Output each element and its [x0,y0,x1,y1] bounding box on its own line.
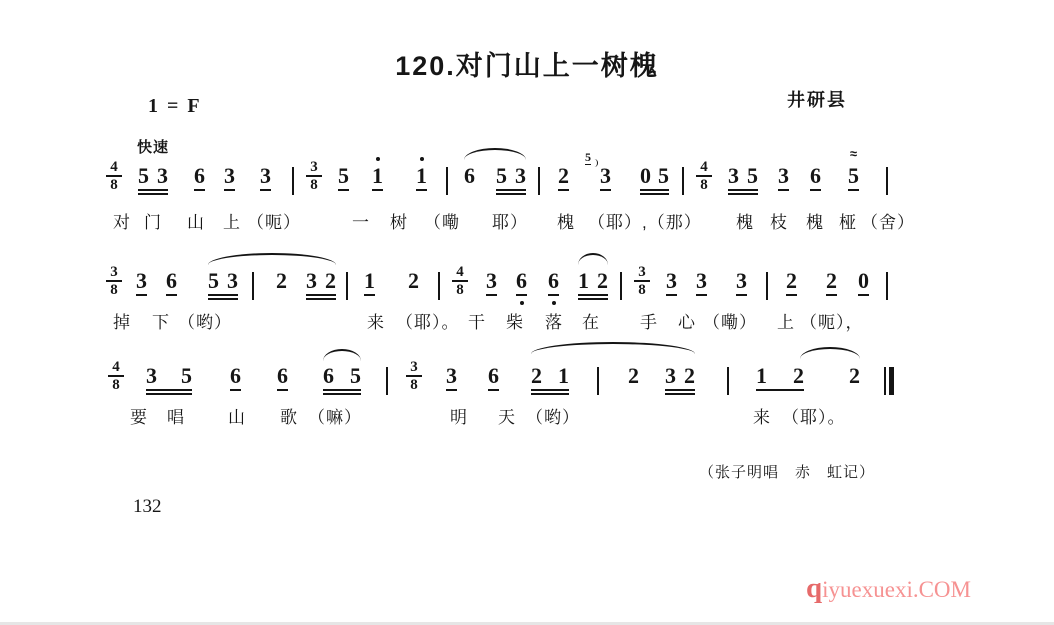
note: 6 [810,165,821,191]
lyric-syllable: 要 [130,403,148,428]
slur [531,342,695,354]
page-number: 132 [133,496,162,518]
lyric-syllable: （哟） [526,403,580,428]
final-barline [884,367,894,395]
note: 1 [372,165,383,191]
barline [346,272,348,300]
note: 3 [696,270,707,296]
time-signature: 48 [696,160,712,192]
tempo-marking: 快速 [137,136,169,157]
lyric-syllable: （嘛） [308,403,362,428]
lyric-syllable: （耶）,（那） [588,208,702,233]
note: 1 [364,270,375,296]
barline [886,167,888,195]
note: 12 [578,270,608,300]
lyric-syllable: 枝 [770,208,788,233]
note: 2 [408,270,419,292]
lyric-syllable: 耶） [492,208,528,233]
note: 53 [138,165,168,195]
lyric-syllable: （嘞 [424,208,460,233]
barline [727,367,729,395]
note: 2 [786,270,797,296]
watermark: qiyuexuexi.COM [806,577,971,603]
lyric-syllable: 门 [144,208,162,233]
grace-note: 5 [585,151,591,165]
lyric-syllable: 下 [152,308,170,333]
attribution: （张子明唱 赤 虹记） [699,461,875,482]
note: 6 [516,270,527,296]
note: 5 [338,165,349,191]
lyrics-line-1: 对门山上（呃）一树（嘞耶）槐（耶）,（那）槐枝槐桠（舍） [0,208,1054,234]
lyric-syllable: 干 [468,308,486,333]
lyric-syllable: 歌 [280,403,298,428]
music-line-1: 485363338511653235054835365≈ [0,155,1054,207]
lyric-syllable: 对 [113,208,131,233]
lyrics-line-2: 掉下（哟）来（耶）。干柴落在手心（嘞）上（呃）， [0,308,1054,334]
lyric-syllable: 来 [367,308,385,333]
time-signature: 48 [106,160,122,192]
note: 35 [728,165,758,195]
song-title: 120.对门山上一树槐 [0,44,1054,83]
note: 21 [531,365,569,395]
note: 2 [849,365,860,387]
lyric-syllable: 山 [228,403,246,428]
time-signature: 48 [108,360,124,392]
note: 6 [548,270,559,296]
lyric-syllable: 唱 [167,403,185,428]
lyric-syllable: （嘞） [703,308,757,333]
trill-icon: ≈ [850,149,857,159]
note: 3 [736,270,747,296]
lyric-syllable: 树 [390,208,408,233]
slur [464,148,526,160]
note: 2 [276,270,287,292]
key-signature: 1 = F [148,95,202,118]
note: 6 [166,270,177,296]
music-line-3: 48356665383621232122 [0,355,1054,407]
slur [800,347,860,359]
note: 32 [306,270,336,300]
lyric-syllable: 柴 [506,308,524,333]
note: 53 [496,165,526,195]
slur [578,253,608,265]
note: 3 [666,270,677,296]
lyric-syllable: 一 [352,208,370,233]
note: 6 [277,365,288,391]
barline [386,367,388,395]
lyric-syllable: 天 [498,403,516,428]
region-label: 井研县 [787,86,847,112]
lyric-syllable: 槐 [736,208,754,233]
note: 3 [778,165,789,191]
lyric-syllable: 桠 [839,208,857,233]
barline [682,167,684,195]
note: 5≈ [848,165,859,191]
note: 1 [416,165,427,191]
watermark-q: q [806,572,822,604]
lyric-syllable: 槐 [806,208,824,233]
sheet-music-page: 120.对门山上一树槐 井研县 1 = F 快速 485363338511653… [0,0,1054,625]
lyric-syllable: 山 [187,208,205,233]
lyric-syllable: 上 [777,308,795,333]
note: 53 [208,270,238,300]
lyric-syllable: 心 [678,308,696,333]
barline [886,272,888,300]
note: 32 [665,365,695,395]
barline [446,167,448,195]
note: 2 [628,365,639,387]
lyric-syllable: （呃） [247,208,301,233]
note: 3 [446,365,457,391]
barline [766,272,768,300]
time-signature: 38 [634,265,650,297]
note: 0 [858,270,869,296]
note: 3 [486,270,497,296]
barline [438,272,440,300]
note: 35 [146,365,192,395]
slur [208,253,336,265]
note: 35 [600,165,611,191]
lyric-syllable: 槐 [557,208,575,233]
lyric-syllable: 掉 [113,308,131,333]
lyric-syllable: 明 [450,403,468,428]
lyric-syllable: 在 [582,308,600,333]
slur [323,349,361,361]
note: 6 [230,365,241,391]
note: 05 [640,165,669,195]
time-signature: 38 [306,160,322,192]
barline [292,167,294,195]
lyrics-line-3: 要唱山歌（嘛）明天（哟）来（耶）。 [0,403,1054,429]
barline [597,367,599,395]
lyric-syllable: 手 [640,308,658,333]
note: 3 [224,165,235,191]
watermark-suffix: .COM [913,577,971,602]
note: 2 [558,165,569,191]
lyric-syllable: （耶）。 [396,308,460,333]
barline [252,272,254,300]
lyric-syllable: 来 [753,403,771,428]
note: 65 [323,365,361,395]
note: 12 [756,365,804,391]
lyric-syllable: 落 [545,308,563,333]
note: 6 [488,365,499,391]
music-line-2: 38365323212483661238333220 [0,260,1054,312]
lyric-syllable: （哟） [178,308,232,333]
barline [620,272,622,300]
time-signature: 48 [452,265,468,297]
lyric-syllable: 上 [223,208,241,233]
time-signature: 38 [106,265,122,297]
note: 2 [826,270,837,296]
lyric-syllable: （呃）， [800,308,864,333]
note: 3 [136,270,147,296]
note: 3 [260,165,271,191]
lyric-syllable: （耶）。 [782,403,846,428]
watermark-name: iyuexuexi [822,577,913,602]
lyric-syllable: （舍） [861,208,915,233]
note: 6 [464,165,475,187]
time-signature: 38 [406,360,422,392]
note: 6 [194,165,205,191]
barline [538,167,540,195]
